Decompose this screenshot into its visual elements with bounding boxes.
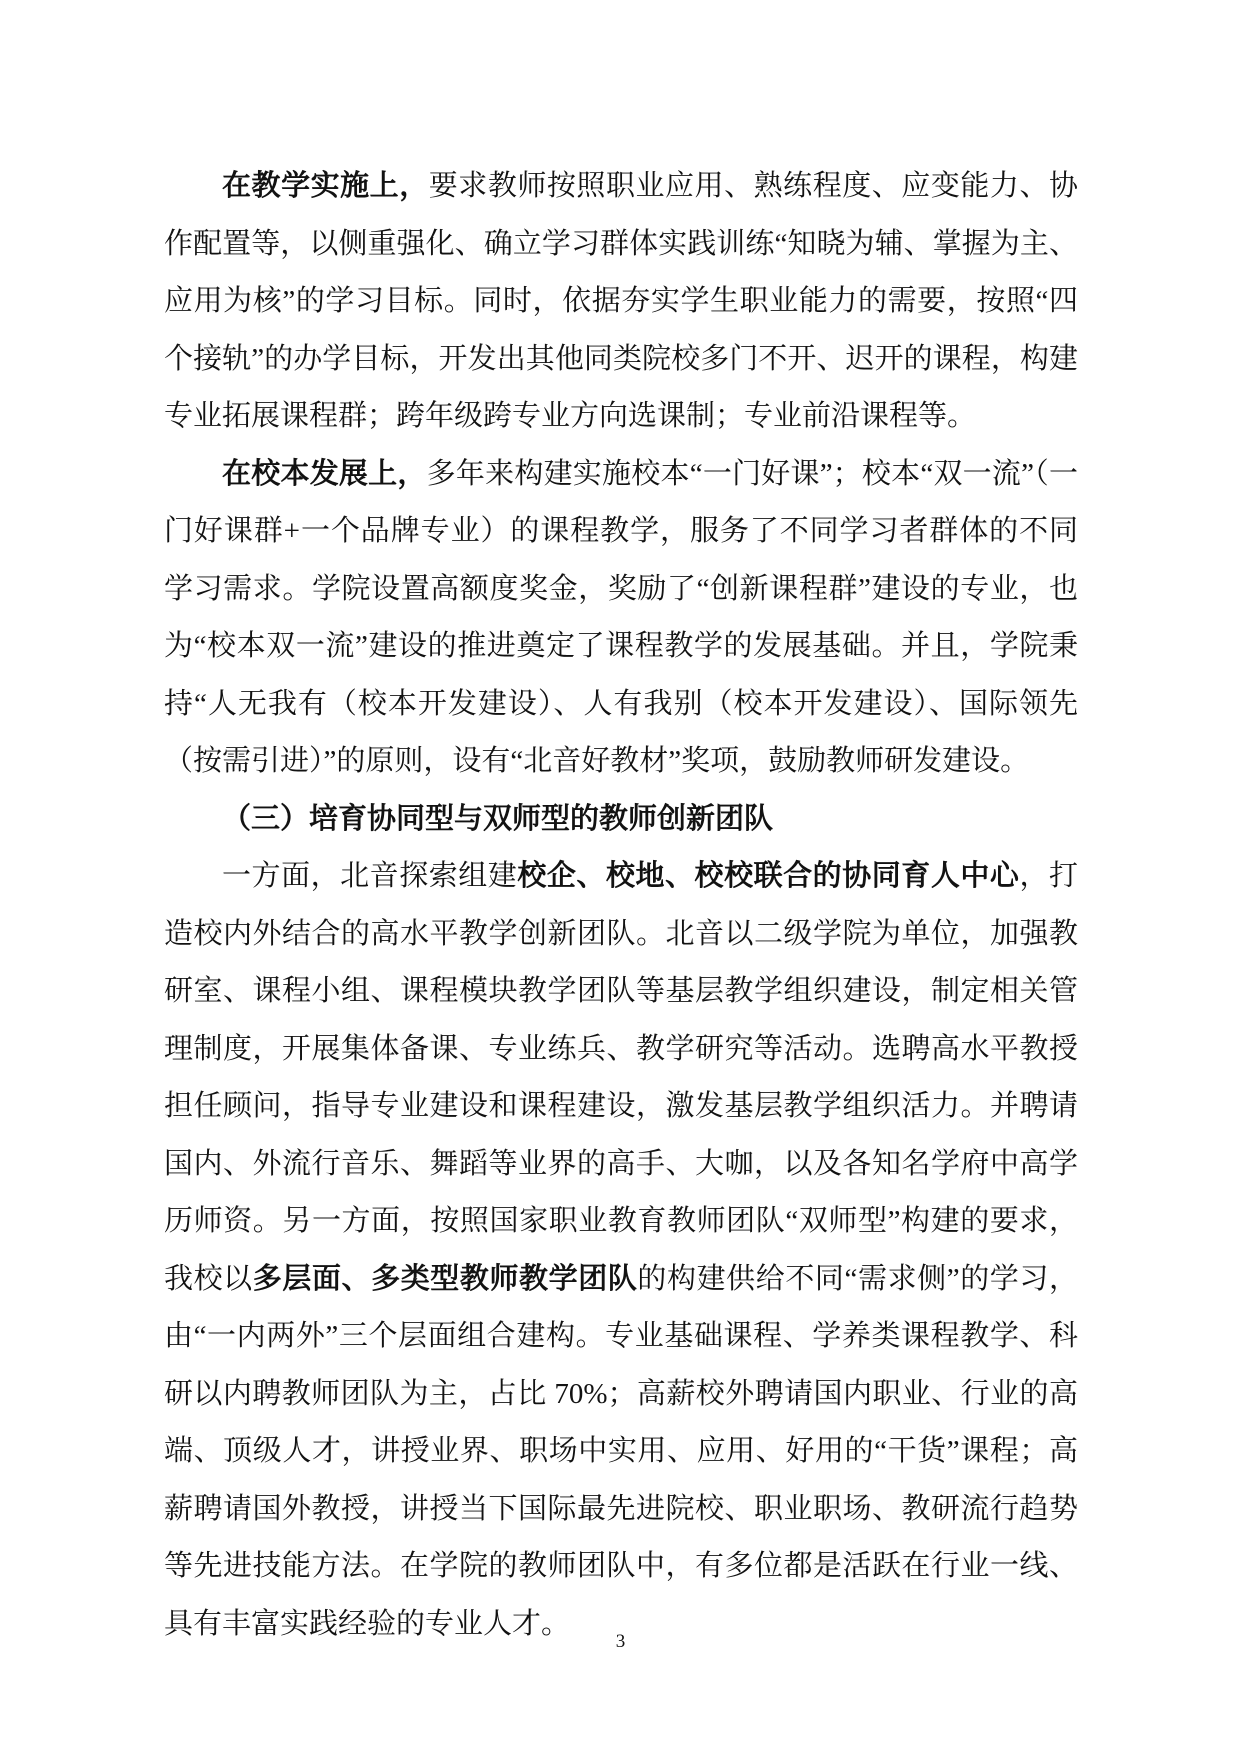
- paragraph-school-based-development: 在校本发展上，多年来构建实施校本“一门好课”；校本“双一流”（一门好课群+一个品…: [164, 446, 1078, 791]
- document-content: 在教学实施上，要求教师按照职业应用、熟练程度、应变能力、协作配置等，以侧重强化、…: [164, 158, 1078, 1653]
- section-heading: （三）培育协同型与双师型的教师创新团队: [164, 791, 1078, 849]
- paragraph-teacher-innovation-teams: 一方面，北音探索组建校企、校地、校校联合的协同育人中心，打造校内外结合的高水平教…: [164, 848, 1078, 1653]
- document-page: 在教学实施上，要求教师按照职业应用、熟练程度、应变能力、协作配置等，以侧重强化、…: [0, 0, 1241, 1754]
- paragraph-body-text: 的构建供给不同“需求侧”的学习，由“一内两外”三个层面组合建构。专业基础课程、学…: [164, 1263, 1078, 1640]
- paragraph-bold-lead: 在教学实施上，: [222, 170, 429, 202]
- paragraph-bold-phrase: 多层面、多类型教师教学团队: [253, 1263, 638, 1295]
- paragraph-bold-lead: 在校本发展上，: [222, 458, 427, 490]
- paragraph-body-text: 多年来构建实施校本“一门好课”；校本“双一流”（一门好课群+一个品牌专业）的课程…: [164, 458, 1078, 778]
- paragraph-bold-phrase: 校企、校地、校校联合的协同育人中心: [517, 860, 1019, 892]
- page-number: 3: [0, 1628, 1241, 1656]
- paragraph-teaching-implementation: 在教学实施上，要求教师按照职业应用、熟练程度、应变能力、协作配置等，以侧重强化、…: [164, 158, 1078, 446]
- paragraph-body-text: 要求教师按照职业应用、熟练程度、应变能力、协作配置等，以侧重强化、确立学习群体实…: [164, 170, 1078, 432]
- paragraph-body-text: 一方面，北音探索组建: [222, 860, 517, 892]
- paragraph-body-text: ，打造校内外结合的高水平教学创新团队。北音以二级学院为单位，加强教研室、课程小组…: [164, 860, 1078, 1295]
